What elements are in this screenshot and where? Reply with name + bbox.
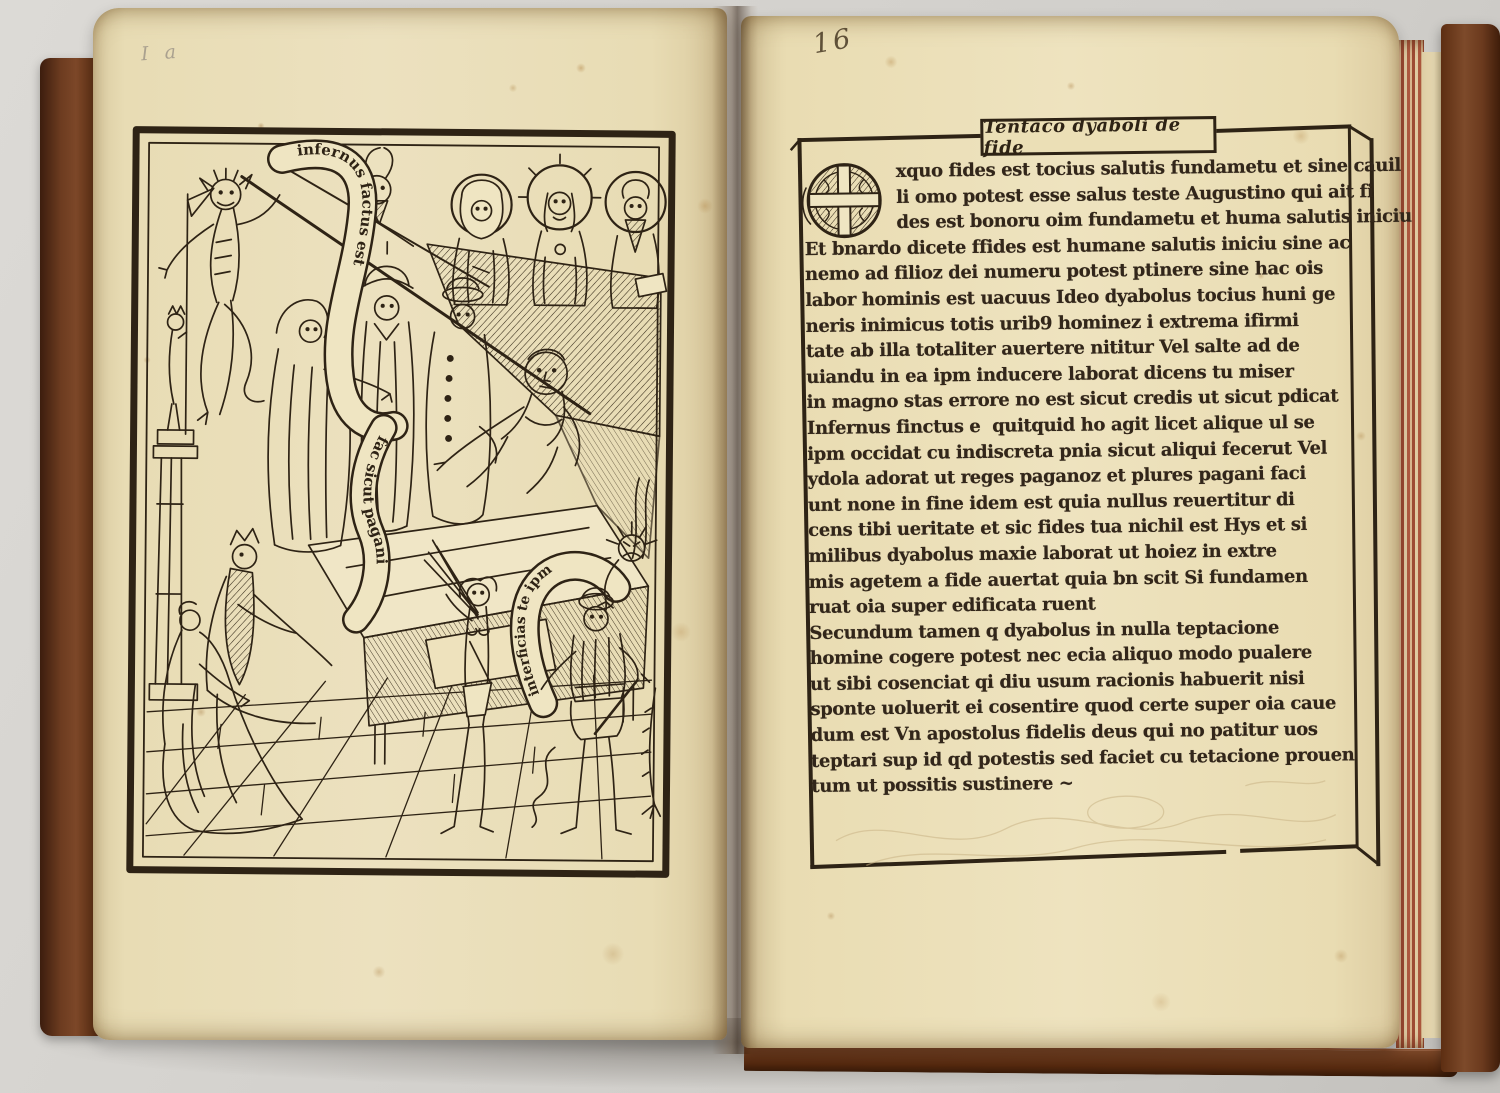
manuscript-lines: xquo fides est tocius salutis fundametu … [804,153,1354,799]
right-leather-cover-edge [1441,24,1500,1072]
text-page-content: Tentaco dyaboli de fide [736,12,1407,1052]
manuscript-text-block: xquo fides est tocius salutis fundametu … [804,153,1354,799]
woodcut-illustration-ars-moriendi: infernus factus est fac sicut pagani [124,124,679,881]
demon-with-banner [158,168,280,425]
woodcut-border [130,130,672,875]
photograph-of-open-incunabulum: I a [0,0,1500,1093]
pencil-folio-note: I a [140,41,181,66]
left-page: I a [93,8,727,1040]
chapter-heading-cartouche: Tentaco dyaboli de fide [980,116,1216,156]
pagan-idol-on-column [149,188,213,701]
gutter-shadow [712,6,758,1054]
left-leather-cover-edge [40,58,100,1036]
seated-bearded-king [206,528,333,723]
chapter-heading: Tentaco dyaboli de fide [983,114,1213,159]
right-page: 16 Tentaco dyaboli de fide [741,16,1399,1048]
